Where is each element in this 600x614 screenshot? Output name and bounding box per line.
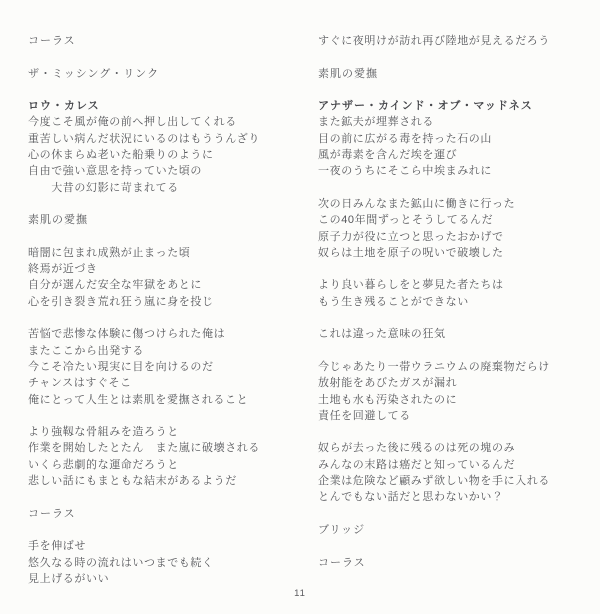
lyric-stanza: 手を伸ばせ悠久なる時の流れはいつまでも続く見上げるがいい xyxy=(28,538,306,587)
lyric-line: 奴らは土地を原子の呪いで破壊した xyxy=(318,245,596,261)
song-block: アナザー・カインド・オブ・マッドネスまた鉱夫が埋葬される目の前に広がる毒を持った… xyxy=(318,98,596,179)
lyric-stanza: 暗闇に包まれ成熟が止まった頃終焉が近づき自分が選んだ安全な牢獄をあとに心を引き裂… xyxy=(28,245,306,310)
lyric-line: 今じゃあたり一帯ウラニウムの廃棄物だらけ xyxy=(318,359,596,375)
lyric-line: 悲しい話にもまともな結末があるようだ xyxy=(28,473,306,489)
lyric-line: これは違った意味の狂気 xyxy=(318,326,596,342)
lyric-line: 重苦しい病んだ状況にいるのはもううんざり xyxy=(28,131,306,147)
lyric-line: 今度こそ風が俺の前へ押し出してくれる xyxy=(28,114,306,130)
lyric-line: 自由で強い意思を持っていた頃の xyxy=(28,163,306,179)
lyric-line: この40年間ずっとそうしてるんだ xyxy=(318,212,596,228)
lyric-line: チャンスはすぐそこ xyxy=(28,375,306,391)
section-label-block: 素肌の愛撫 xyxy=(318,66,596,82)
lyric-line: 悠久なる時の流れはいつまでも続く xyxy=(28,555,306,571)
section-label: コーラス xyxy=(28,506,306,522)
lyric-line: 次の日みんなまた鉱山に働きに行った xyxy=(318,196,596,212)
lyric-line: 奴らが去った後に残るのは死の塊のみ xyxy=(318,440,596,456)
section-label-block: コーラス xyxy=(28,506,306,522)
lyric-line: 放射能をあびたガスが漏れ xyxy=(318,375,596,391)
song-title: ロウ・カレス xyxy=(28,98,306,114)
lyric-stanza: 奴らが去った後に残るのは死の塊のみみんなの末路は癌だと知っているんだ企業は危険な… xyxy=(318,440,596,505)
section-label: ブリッジ xyxy=(318,522,596,538)
lyric-stanza: 今じゃあたり一帯ウラニウムの廃棄物だらけ放射能をあびたガスが漏れ土地も水も汚染さ… xyxy=(318,359,596,424)
page-number: 11 xyxy=(0,588,600,599)
section-label-block: コーラス xyxy=(318,555,596,571)
lyric-line: より強靱な骨組みを造ろうと xyxy=(28,424,306,440)
section-label: 素肌の愛撫 xyxy=(318,66,596,82)
lyric-line: とんでもない話だと思わないかい？ xyxy=(318,489,596,505)
section-label-block: コーラス xyxy=(28,33,306,49)
lyric-line: より良い暮らしをと夢見た者たちは xyxy=(318,277,596,293)
left-lyrics-column: コーラスザ・ミッシング・リンクロウ・カレス今度こそ風が俺の前へ押し出してくれる重… xyxy=(28,33,306,603)
lyric-line: 大昔の幻影に苛まれてる xyxy=(28,180,306,196)
lyric-line: 終焉が近づき xyxy=(28,261,306,277)
lyric-stanza: より良い暮らしをと夢見た者たちはもう生き残ることができない xyxy=(318,277,596,310)
lyric-line: いくら悲劇的な運命だろうと xyxy=(28,457,306,473)
right-lyrics-column: すぐに夜明けが訪れ再び陸地が見えるだろう素肌の愛撫アナザー・カインド・オブ・マッ… xyxy=(318,33,596,587)
lyric-line: 俺にとって人生とは素肌を愛撫されること xyxy=(28,392,306,408)
section-label: コーラス xyxy=(318,555,596,571)
lyric-line: またここから出発する xyxy=(28,343,306,359)
lyric-line: 苦悩で悲惨な体験に傷つけられた俺は xyxy=(28,326,306,342)
song-title: アナザー・カインド・オブ・マッドネス xyxy=(318,98,596,114)
lyric-line: 作業を開始したとたん また嵐に破壊される xyxy=(28,440,306,456)
lyric-line: 心の休まらぬ老いた船乗りのように xyxy=(28,147,306,163)
lyric-stanza: これは違った意味の狂気 xyxy=(318,326,596,342)
lyrics-booklet-page: コーラスザ・ミッシング・リンクロウ・カレス今度こそ風が俺の前へ押し出してくれる重… xyxy=(0,0,600,614)
lyric-line: 心を引き裂き荒れ狂う嵐に身を投じ xyxy=(28,294,306,310)
section-label: コーラス xyxy=(28,33,306,49)
lyric-stanza: 苦悩で悲惨な体験に傷つけられた俺はまたここから出発する今こそ冷たい現実に目を向け… xyxy=(28,326,306,407)
lyric-line: 土地も水も汚染されたのに xyxy=(318,392,596,408)
section-label: 素肌の愛撫 xyxy=(28,212,306,228)
lyric-line: 企業は危険など顧みず欲しい物を手に入れる xyxy=(318,473,596,489)
lyric-line: また鉱夫が埋葬される xyxy=(318,114,596,130)
lyric-line: 原子力が役に立つと思ったおかげで xyxy=(318,229,596,245)
lyric-line: 責任を回避してる xyxy=(318,408,596,424)
lyric-line: 風が毒素を含んだ埃を運び xyxy=(318,147,596,163)
section-label-block: ブリッジ xyxy=(318,522,596,538)
lyric-line: 目の前に広がる毒を持った石の山 xyxy=(318,131,596,147)
song-block: ロウ・カレス今度こそ風が俺の前へ押し出してくれる重苦しい病んだ状況にいるのはもう… xyxy=(28,98,306,196)
lyric-line: みんなの末路は癌だと知っているんだ xyxy=(318,457,596,473)
section-label: ザ・ミッシング・リンク xyxy=(28,66,306,82)
lyric-line: もう生き残ることができない xyxy=(318,294,596,310)
section-label-block: 素肌の愛撫 xyxy=(28,212,306,228)
lyric-line: 暗闇に包まれ成熟が止まった頃 xyxy=(28,245,306,261)
lyric-stanza: 次の日みんなまた鉱山に働きに行ったこの40年間ずっとそうしてるんだ原子力が役に立… xyxy=(318,196,596,261)
lyric-line: 自分が選んだ安全な牢獄をあとに xyxy=(28,277,306,293)
lyric-stanza: すぐに夜明けが訪れ再び陸地が見えるだろう xyxy=(318,33,596,49)
lyric-line: 一夜のうちにそこら中埃まみれに xyxy=(318,163,596,179)
lyric-line: すぐに夜明けが訪れ再び陸地が見えるだろう xyxy=(318,33,596,49)
section-label-block: ザ・ミッシング・リンク xyxy=(28,66,306,82)
lyric-stanza: より強靱な骨組みを造ろうと作業を開始したとたん また嵐に破壊されるいくら悲劇的な… xyxy=(28,424,306,489)
lyric-line: 今こそ冷たい現実に目を向けるのだ xyxy=(28,359,306,375)
lyric-line: 手を伸ばせ xyxy=(28,538,306,554)
lyric-line: 見上げるがいい xyxy=(28,571,306,587)
